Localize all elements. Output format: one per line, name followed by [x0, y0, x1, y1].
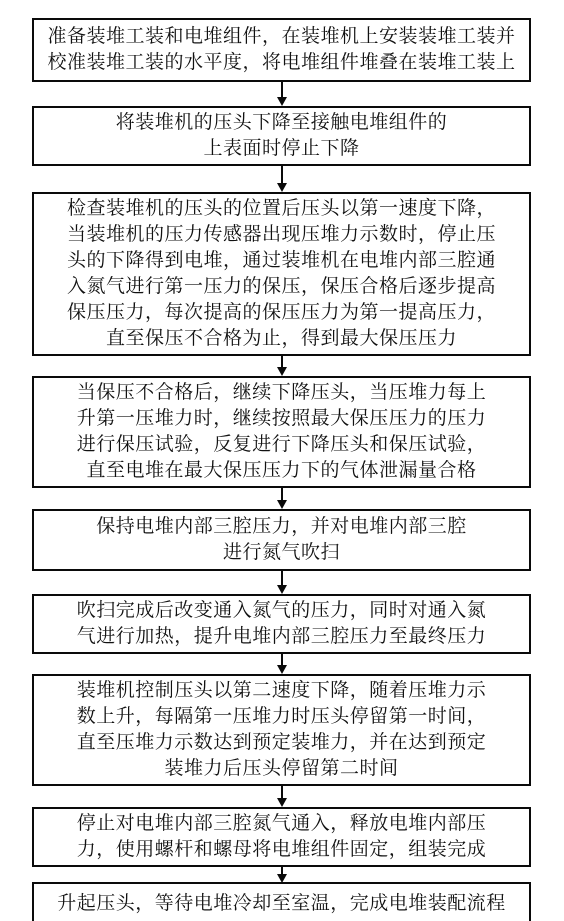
flow-step-8-text: 停止对电堆内部三腔氮气通入，释放电堆内部压 力，使用螺杆和螺母将电堆组件固定，组… [77, 811, 487, 863]
down-arrow-icon [32, 166, 531, 192]
arrow-line [281, 82, 283, 97]
flow-column: 准备装堆工装和电堆组件，在装堆机上安装装堆工装并 校准装堆工装的水平度，将电堆组… [32, 18, 531, 921]
arrow-line [281, 166, 283, 183]
flow-step-7: 装堆机控制压头以第二速度下降，随着压堆力示 数上升，每隔第一压堆力时压头停留第一… [32, 674, 531, 786]
flow-step-2: 将装堆机的压头下降至接触电堆组件的 上表面时停止下降 [32, 106, 531, 166]
arrow-head [277, 183, 287, 192]
arrow-head [277, 665, 287, 674]
arrow-head [277, 367, 287, 376]
down-arrow-icon [32, 488, 531, 509]
down-arrow-icon [32, 867, 531, 882]
flow-step-6-text: 吹扫完成后改变通入氮气的压力，同时对通入氮 气进行加热，提升电堆内部三腔压力至最… [77, 598, 487, 650]
arrow-line [281, 866, 283, 874]
flow-step-1: 准备装堆工装和电堆组件，在装堆机上安装装堆工装并 校准装堆工装的水平度，将电堆组… [32, 18, 531, 82]
flow-step-4: 当保压不合格后，继续下降压头，当压堆力每上 升第一压堆力时，继续按照最大保压压力… [32, 376, 531, 488]
flow-step-1-text: 准备装堆工装和电堆组件，在装堆机上安装装堆工装并 校准装堆工装的水平度，将电堆组… [47, 24, 515, 76]
flow-step-5: 保持电堆内部三腔压力，并对电堆内部三腔 进行氮气吹扫 [32, 509, 531, 571]
flowchart-canvas: 准备装堆工装和电堆组件，在装堆机上安装装堆工装并 校准装堆工装的水平度，将电堆组… [0, 0, 564, 921]
flow-step-6: 吹扫完成后改变通入氮气的压力，同时对通入氮 气进行加热，提升电堆内部三腔压力至最… [32, 594, 531, 654]
flow-step-9: 升起压头，等待电堆冷却至室温，完成电堆装配流程 [32, 882, 531, 921]
arrow-head [277, 585, 287, 594]
down-arrow-icon [32, 786, 531, 807]
flow-step-9-text: 升起压头，等待电堆冷却至室温，完成电堆装配流程 [57, 891, 506, 917]
flow-step-3-text: 检查装堆机的压头的位置后压头以第一速度下降， 当装堆机的压力传感器出现压堆力示数… [67, 196, 496, 352]
flow-step-3: 检查装堆机的压头的位置后压头以第一速度下降， 当装堆机的压力传感器出现压堆力示数… [32, 192, 531, 356]
arrow-line [281, 571, 283, 585]
flow-step-4-text: 当保压不合格后，继续下降压头，当压堆力每上 升第一压堆力时，继续按照最大保压压力… [77, 380, 487, 484]
arrow-line [281, 654, 283, 665]
arrow-head [277, 798, 287, 807]
flow-step-8: 停止对电堆内部三腔氮气通入，释放电堆内部压 力，使用螺杆和螺母将电堆组件固定，组… [32, 807, 531, 867]
flow-step-5-text: 保持电堆内部三腔压力，并对电堆内部三腔 进行氮气吹扫 [96, 514, 467, 566]
flow-step-7-text: 装堆机控制压头以第二速度下降，随着压堆力示 数上升，每隔第一压堆力时压头停留第一… [77, 678, 487, 782]
down-arrow-icon [32, 654, 531, 674]
arrow-line [281, 356, 283, 367]
down-arrow-icon [32, 82, 531, 106]
flow-step-2-text: 将装堆机的压头下降至接触电堆组件的 上表面时停止下降 [116, 110, 448, 162]
arrow-head [277, 97, 287, 106]
arrow-head [277, 500, 287, 509]
down-arrow-icon [32, 356, 531, 376]
arrow-line [281, 488, 283, 500]
arrow-line [281, 786, 283, 798]
down-arrow-icon [32, 571, 531, 594]
